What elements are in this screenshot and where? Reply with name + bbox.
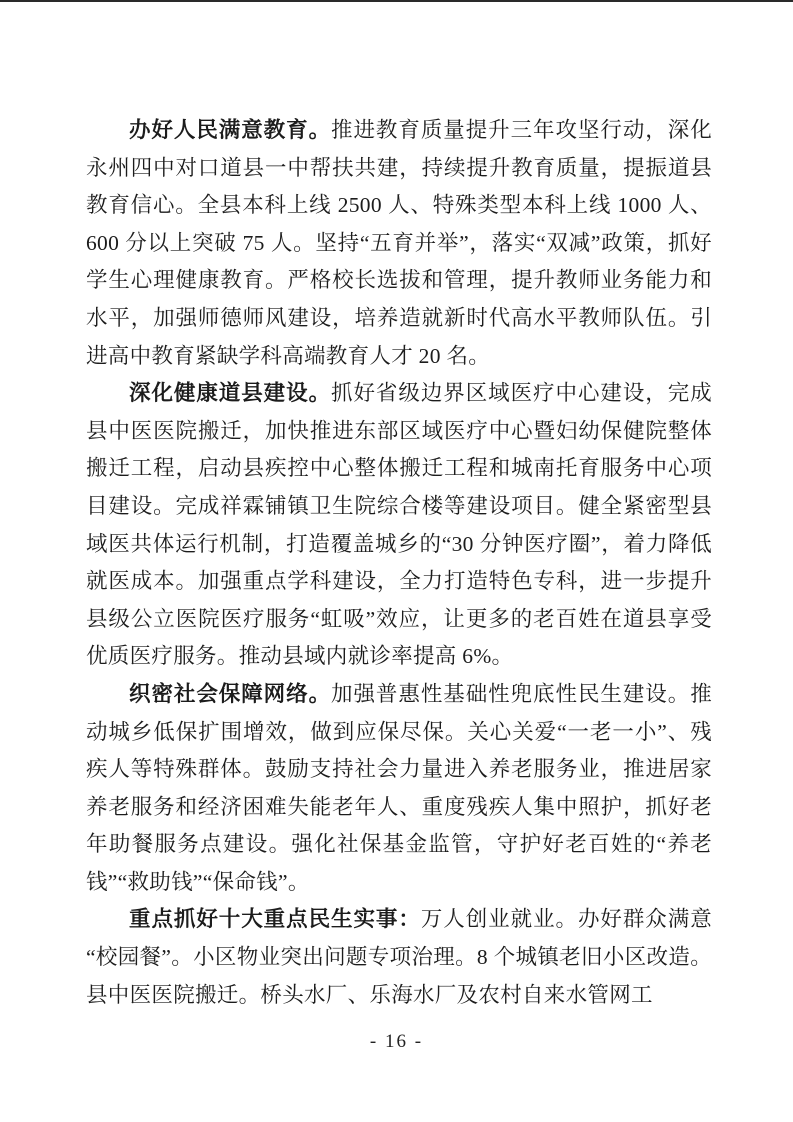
- paragraph-text: 推进教育质量提升三年攻坚行动，深化永州四中对口道县一中帮扶共建，持续提升教育质量…: [86, 118, 712, 368]
- paragraph-education: 办好人民满意教育。推进教育质量提升三年攻坚行动，深化永州四中对口道县一中帮扶共建…: [86, 112, 712, 375]
- paragraph-text: 抓好省级边界区域医疗中心建设，完成县中医医院搬迁，加快推进东部区域医疗中心暨妇幼…: [86, 381, 712, 668]
- page-top-edge: [0, 0, 793, 2]
- paragraph-social-security: 织密社会保障网络。加强普惠性基础性兜底性民生建设。推动城乡低保扩围增效，做到应保…: [86, 676, 712, 902]
- document-body: 办好人民满意教育。推进教育质量提升三年攻坚行动，深化永州四中对口道县一中帮扶共建…: [86, 112, 712, 1014]
- document-page: 办好人民满意教育。推进教育质量提升三年攻坚行动，深化永州四中对口道县一中帮扶共建…: [0, 0, 793, 1122]
- paragraph-livelihood-projects: 重点抓好十大重点民生实事：万人创业就业。办好群众满意“校园餐”。小区物业突出问题…: [86, 901, 712, 1014]
- paragraph-lead: 办好人民满意教育。: [129, 118, 331, 142]
- paragraph-lead: 织密社会保障网络。: [129, 682, 331, 706]
- paragraph-lead: 深化健康道县建设。: [129, 381, 331, 405]
- page-number: - 16 -: [0, 1031, 793, 1053]
- paragraph-health: 深化健康道县建设。抓好省级边界区域医疗中心建设，完成县中医医院搬迁，加快推进东部…: [86, 375, 712, 676]
- paragraph-text: 加强普惠性基础性兜底性民生建设。推动城乡低保扩围增效，做到应保尽保。关心关爱“一…: [86, 682, 712, 894]
- paragraph-lead: 重点抓好十大重点民生实事：: [129, 907, 421, 931]
